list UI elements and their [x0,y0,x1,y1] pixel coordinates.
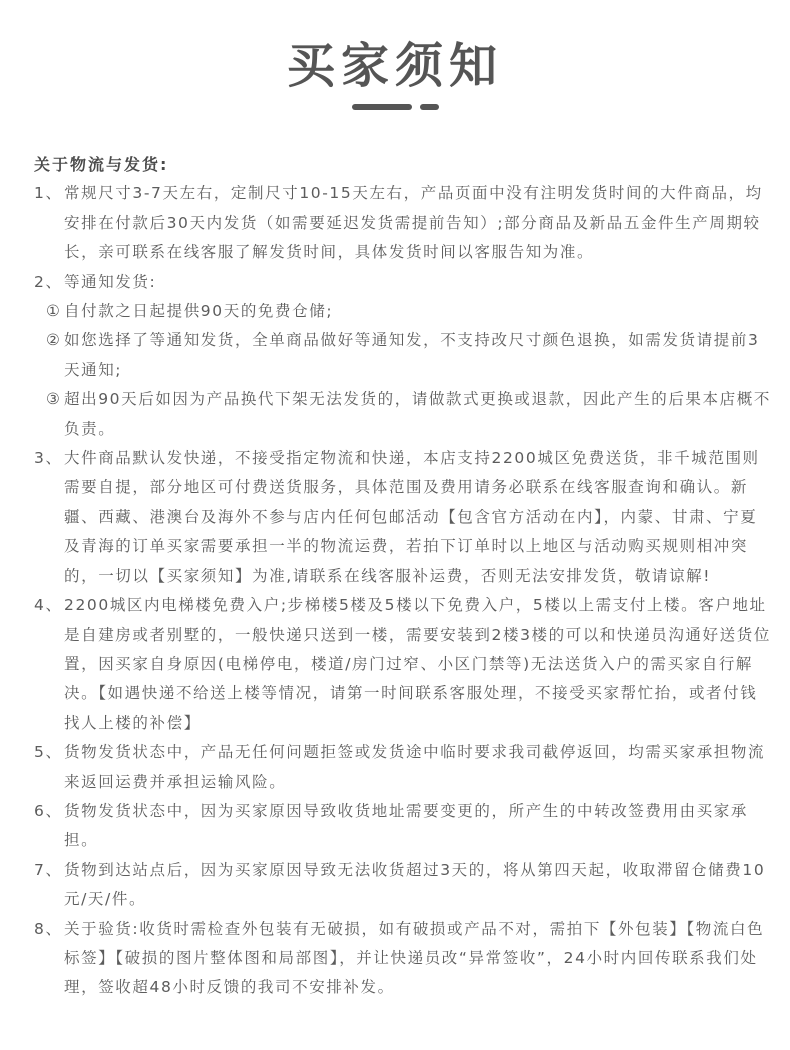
subitem-text: 如您选择了等通知发货，全单商品做好等通知发，不支持改尺寸颜色退换，如需发货请提前… [64,326,774,385]
notice-item-5: 5、 货物发货状态中，产品无任何问题拒签或发货途中临时要求我司截停返回，均需买家… [34,738,774,797]
notice-item-1: 1、 常规尺寸3-7天左右，定制尺寸10-15天左右，产品页面中没有注明发货时间… [34,179,774,267]
item-number: 7、 [34,856,64,915]
item-number: 5、 [34,738,64,797]
notice-item-7: 7、 货物到达站点后，因为买家原因导致无法收货超过3天的，将从第四天起，收取滞留… [34,856,774,915]
item-text: 大件商品默认发快递，不接受指定物流和快递，本店支持2200城区免费送货，非千城范… [64,444,774,591]
item-text: 2200城区内电梯楼免费入户;步梯楼5楼及5楼以下免费入户，5楼以上需支付上楼。… [64,591,774,738]
subitem-text: 自付款之日起提供90天的免费仓储; [64,297,774,326]
item-number: 4、 [34,591,64,738]
underline-long-bar [352,104,412,110]
item-number: 2、 [34,268,64,297]
notice-subitem-2: ② 如您选择了等通知发货，全单商品做好等通知发，不支持改尺寸颜色退换，如需发货请… [34,326,774,385]
item-text: 常规尺寸3-7天左右，定制尺寸10-15天左右，产品页面中没有注明发货时间的大件… [64,179,774,267]
notice-subitem-1: ① 自付款之日起提供90天的免费仓储; [34,297,774,326]
subitem-text: 超出90天后如因为产品换代下架无法发货的，请做款式更换或退款，因此产生的后果本店… [64,385,774,444]
subitem-number: ③ [46,385,64,444]
notice-item-3: 3、 大件商品默认发快递，不接受指定物流和快递，本店支持2200城区免费送货，非… [34,444,774,591]
item-number: 8、 [34,915,64,1003]
item-text: 货物发货状态中，产品无任何问题拒签或发货途中临时要求我司截停返回，均需买家承担物… [64,738,774,797]
notice-item-8: 8、 关于验货:收货时需检查外包装有无破损，如有破损或产品不对，需拍下【外包装】… [34,915,774,1003]
item-text: 等通知发货: [64,268,774,297]
page-title: 买家须知 [0,36,790,96]
subitem-number: ② [46,326,64,385]
title-block: 买家须知 [0,36,790,96]
notice-item-2: 2、 等通知发货: [34,268,774,297]
item-number: 3、 [34,444,64,591]
notice-subitem-3: ③ 超出90天后如因为产品换代下架无法发货的，请做款式更换或退款，因此产生的后果… [34,385,774,444]
item-text: 货物到达站点后，因为买家原因导致无法收货超过3天的，将从第四天起，收取滞留仓储费… [64,856,774,915]
underline-short-bar [420,104,439,110]
section-heading: 关于物流与发货: [34,150,774,179]
item-text: 关于验货:收货时需检查外包装有无破损，如有破损或产品不对，需拍下【外包装】【物流… [64,915,774,1003]
notice-item-6: 6、 货物发货状态中，因为买家原因导致收货地址需要变更的，所产生的中转改签费用由… [34,797,774,856]
item-number: 6、 [34,797,64,856]
notice-content: 关于物流与发货: 1、 常规尺寸3-7天左右，定制尺寸10-15天左右，产品页面… [34,150,774,1003]
subitem-number: ① [46,297,64,326]
notice-item-4: 4、 2200城区内电梯楼免费入户;步梯楼5楼及5楼以下免费入户，5楼以上需支付… [34,591,774,738]
item-text: 货物发货状态中，因为买家原因导致收货地址需要变更的，所产生的中转改签费用由买家承… [64,797,774,856]
item-number: 1、 [34,179,64,267]
